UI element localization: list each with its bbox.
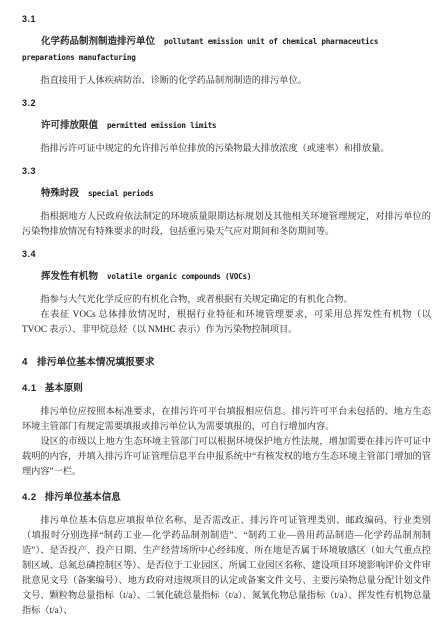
section-title: 排污单位基本信息 bbox=[45, 493, 121, 503]
section-heading: 4.2排污单位基本信息 bbox=[22, 490, 431, 506]
term-section-3-1: 3.1 化学药品制剂制造排污单位pollutant emission unit … bbox=[22, 13, 431, 88]
section-number: 4.1 bbox=[22, 383, 37, 394]
term-section-3-2: 3.2 许可排放限值permitted emission limits 指排污许… bbox=[22, 97, 431, 156]
term-definition: 指排污许可证中规定的允许排污单位排放的污染物最大排放浓度（或速率）和排放量。 bbox=[22, 141, 431, 156]
body-paragraph: 设区的市级以上地方生态环境主管部门可以根据环境保护地方性法规，增加需要在排污许可… bbox=[22, 434, 431, 479]
section-4-2: 4.2排污单位基本信息 排污单位基本信息应填报单位名称、是否需改正、排污许可证管… bbox=[22, 490, 431, 618]
chapter-title: 排污单位基本情况填报要求 bbox=[37, 357, 155, 368]
clause-number: 3.4 bbox=[22, 248, 431, 261]
clause-number: 3.1 bbox=[22, 13, 431, 26]
section-title: 基本原则 bbox=[45, 384, 83, 394]
term-section-3-4: 3.4 挥发性有机物volatile organic compounds (VO… bbox=[22, 248, 431, 337]
term-definition: 指根据地方人民政府依法制定的环境质量限期达标规划及其他相关环境管理规定，对排污单… bbox=[22, 209, 431, 239]
section-4-1: 4.1基本原则 排污单位应按照本标准要求，在排污许可平台填报相应信息。排污许可平… bbox=[22, 381, 431, 479]
clause-number: 3.3 bbox=[22, 165, 431, 178]
term-line: 挥发性有机物volatile organic compounds (VOCs) bbox=[22, 269, 431, 285]
term-definition: 指直接用于人体疾病防治、诊断的化学药品制剂制造的排污单位。 bbox=[22, 73, 431, 88]
body-paragraph: 排污单位应按照本标准要求，在排污许可平台填报相应信息。排污许可平台未包括的、地方… bbox=[22, 404, 431, 434]
term-en: special periods bbox=[88, 189, 154, 198]
section-number: 4.2 bbox=[22, 492, 37, 503]
term-zh: 特殊时段 bbox=[41, 189, 79, 199]
term-definition: 指参与大气光化学反应的有机化合物，或者根据有关规定确定的有机化合物。 bbox=[22, 292, 431, 307]
chapter-heading: 4排污单位基本情况填报要求 bbox=[22, 355, 431, 370]
term-zh: 许可排放限值 bbox=[41, 121, 98, 131]
term-line: 特殊时段special periods bbox=[22, 186, 431, 202]
term-zh: 化学药品制剂制造排污单位 bbox=[41, 37, 155, 47]
section-heading: 4.1基本原则 bbox=[22, 381, 431, 397]
term-section-3-3: 3.3 特殊时段special periods 指根据地方人民政府依法制定的环境… bbox=[22, 165, 431, 239]
document-page: 3.1 化学药品制剂制造排污单位pollutant emission unit … bbox=[0, 0, 447, 618]
term-zh: 挥发性有机物 bbox=[41, 272, 98, 282]
body-paragraph: 排污单位基本信息应填报单位名称、是否需改正、排污许可证管理类别、邮政编码、行业类… bbox=[22, 513, 431, 618]
term-en: permitted emission limits bbox=[107, 121, 216, 130]
term-definition: 在表征 VOCs 总体排放情况时，根据行业特征和环境管理要求，可采用总挥发性有机… bbox=[22, 307, 431, 337]
term-line: 化学药品制剂制造排污单位pollutant emission unit of c… bbox=[22, 34, 431, 66]
chapter-number: 4 bbox=[22, 357, 28, 368]
term-en: volatile organic compounds (VOCs) bbox=[107, 272, 251, 281]
clause-number: 3.2 bbox=[22, 97, 431, 110]
term-line: 许可排放限值permitted emission limits bbox=[22, 118, 431, 134]
